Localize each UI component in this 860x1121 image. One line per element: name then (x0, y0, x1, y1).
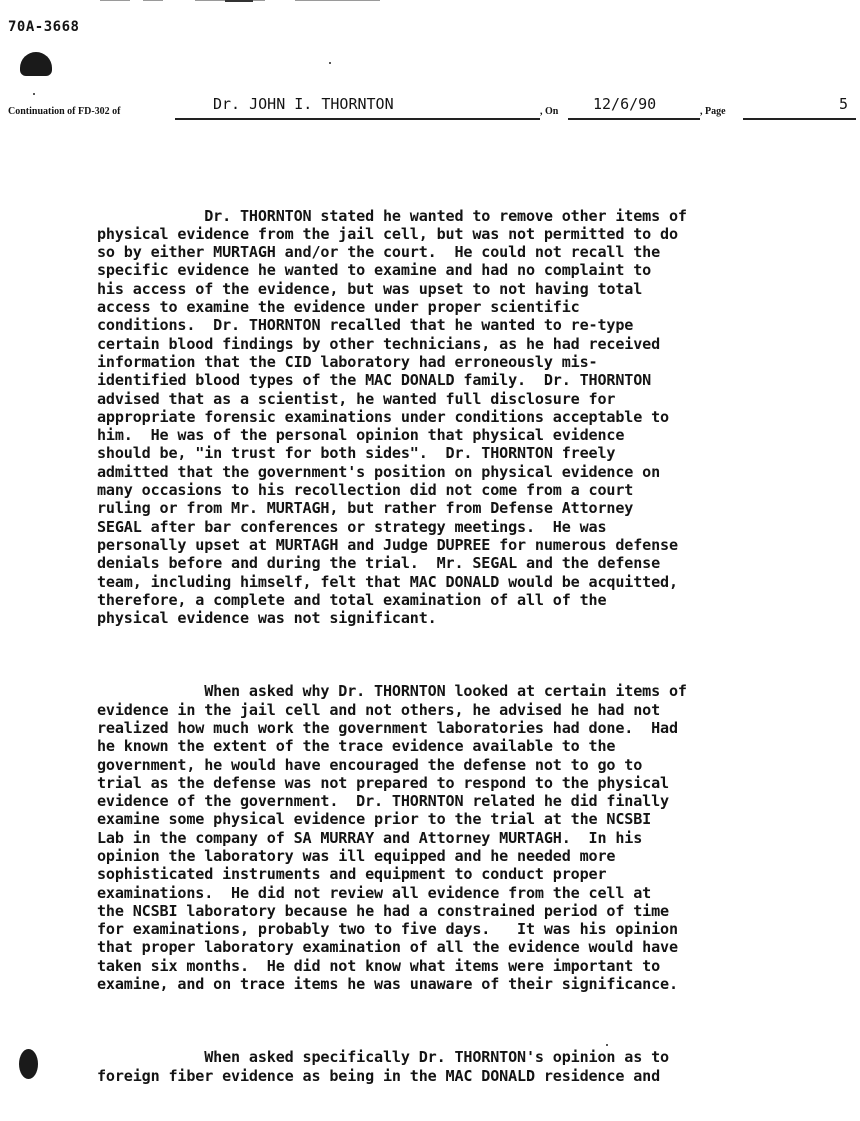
page-label: , Page (700, 106, 726, 117)
file-number: 70A-3668 (8, 19, 79, 35)
paragraph-1: Dr. THORNTON stated he wanted to remove … (97, 207, 843, 628)
text-line: physical evidence was not significant. (97, 609, 843, 627)
date-field: 12/6/90 (568, 92, 700, 120)
subject-name: Dr. JOHN I. THORNTON (213, 94, 394, 114)
text-line: realized how much work the government la… (97, 719, 843, 737)
text-line: information that the CID laboratory had … (97, 353, 843, 371)
text-line: trial as the defense was not prepared to… (97, 774, 843, 792)
text-line: access to examine the evidence under pro… (97, 298, 843, 316)
text-line: evidence of the government. Dr. THORNTON… (97, 792, 843, 810)
text-line: ruling or from Mr. MURTAGH, but rather f… (97, 499, 843, 517)
page-number-field: 5 (743, 92, 856, 120)
subject-name-field: Dr. JOHN I. THORNTON (175, 92, 540, 120)
text-line: Dr. THORNTON stated he wanted to remove … (97, 207, 843, 225)
text-line: SEGAL after bar conferences or strategy … (97, 518, 843, 536)
text-line: his access of the evidence, but was upse… (97, 280, 843, 298)
punch-hole-icon (19, 1049, 38, 1079)
text-line: government, he would have encouraged the… (97, 756, 843, 774)
scan-speck (606, 1044, 608, 1046)
text-line: examine, and on trace items he was unawa… (97, 975, 843, 993)
text-line: identified blood types of the MAC DONALD… (97, 371, 843, 389)
page-number: 5 (839, 94, 848, 114)
text-line: evidence in the jail cell and not others… (97, 701, 843, 719)
interview-body: Dr. THORNTON stated he wanted to remove … (97, 170, 843, 1121)
paragraph-3: When asked specifically Dr. THORNTON's o… (97, 1048, 843, 1085)
text-line: many occasions to his recollection did n… (97, 481, 843, 499)
text-line: the NCSBI laboratory because he had a co… (97, 902, 843, 920)
scan-speck (329, 62, 331, 64)
paragraph-2: When asked why Dr. THORNTON looked at ce… (97, 682, 843, 993)
text-line: physical evidence from the jail cell, bu… (97, 225, 843, 243)
text-line: sophisticated instruments and equipment … (97, 865, 843, 883)
text-line: certain blood findings by other technici… (97, 335, 843, 353)
text-line: therefore, a complete and total examinat… (97, 591, 843, 609)
text-line: team, including himself, felt that MAC D… (97, 573, 843, 591)
text-line: he known the extent of the trace evidenc… (97, 737, 843, 755)
date: 12/6/90 (593, 94, 656, 114)
text-line: When asked why Dr. THORNTON looked at ce… (97, 682, 843, 700)
text-line: Lab in the company of SA MURRAY and Atto… (97, 829, 843, 847)
text-line: him. He was of the personal opinion that… (97, 426, 843, 444)
text-line: conditions. Dr. THORNTON recalled that h… (97, 316, 843, 334)
text-line: personally upset at MURTAGH and Judge DU… (97, 536, 843, 554)
punch-hole-icon (20, 52, 52, 76)
text-line: should be, "in trust for both sides". Dr… (97, 444, 843, 462)
text-line: that proper laboratory examination of al… (97, 938, 843, 956)
text-line: opinion the laboratory was ill equipped … (97, 847, 843, 865)
text-line: advised that as a scientist, he wanted f… (97, 390, 843, 408)
text-line: examinations. He did not review all evid… (97, 884, 843, 902)
text-line: denials before and during the trial. Mr.… (97, 554, 843, 572)
top-edge-artifacts (0, 0, 860, 4)
fd302-header: Continuation of FD-302 of Dr. JOHN I. TH… (8, 92, 856, 122)
text-line: specific evidence he wanted to examine a… (97, 261, 843, 279)
text-line: so by either MURTAGH and/or the court. H… (97, 243, 843, 261)
text-line: taken six months. He did not know what i… (97, 957, 843, 975)
text-line: for examinations, probably two to five d… (97, 920, 843, 938)
text-line: admitted that the government's position … (97, 463, 843, 481)
text-line: examine some physical evidence prior to … (97, 810, 843, 828)
on-label: , On (540, 106, 558, 117)
text-line: foreign fiber evidence as being in the M… (97, 1067, 843, 1085)
text-line: appropriate forensic examinations under … (97, 408, 843, 426)
continuation-label: Continuation of FD-302 of (8, 106, 121, 117)
text-line: When asked specifically Dr. THORNTON's o… (97, 1048, 843, 1066)
